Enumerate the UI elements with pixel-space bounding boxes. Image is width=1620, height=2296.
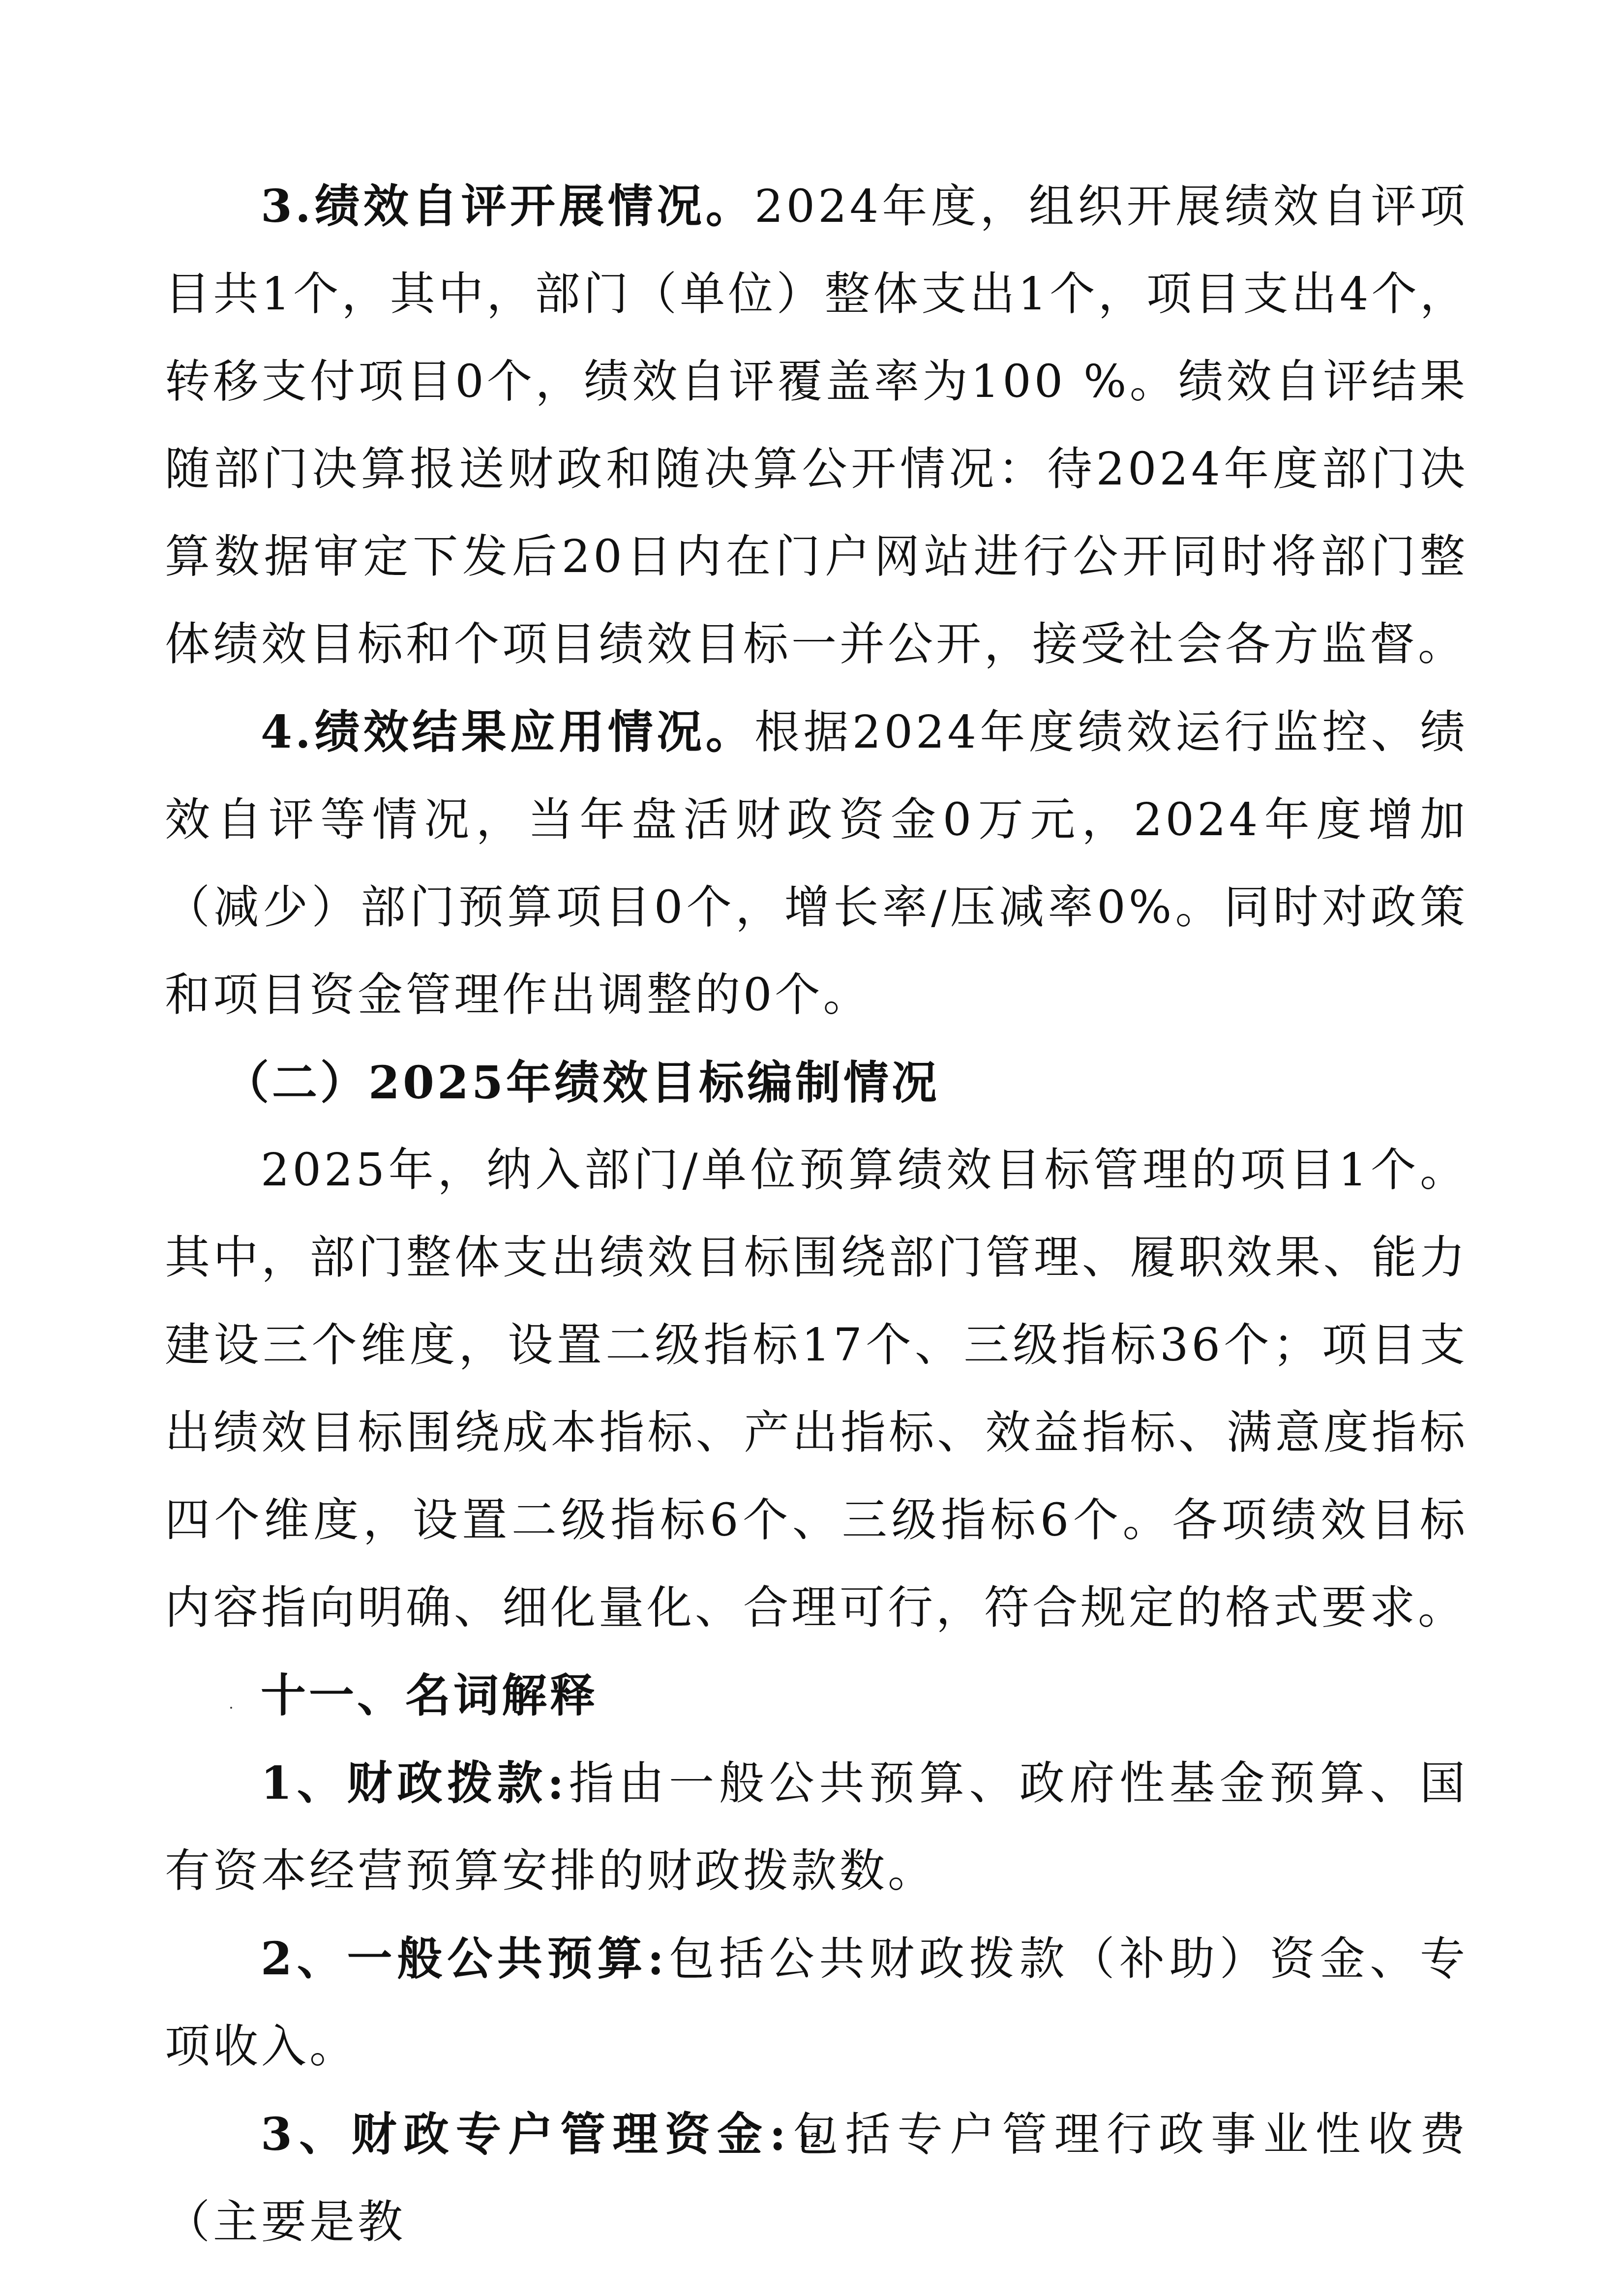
glossary-term: 2、一般公共预算:	[261, 1932, 667, 1985]
paragraph-perf-self-eval: 3.绩效自评开展情况。2024年度，组织开展绩效自评项目共1个，其中，部门（单位…	[165, 162, 1468, 688]
heading-glossary: 十一、名词解释	[165, 1652, 1468, 1739]
glossary-term: 1、财政拨款:	[261, 1756, 567, 1810]
paragraph-lead: 4.绩效结果应用情况。	[261, 705, 754, 758]
paragraph-body: 2024年度，组织开展绩效自评项目共1个，其中，部门（单位）整体支出1个，项目支…	[165, 180, 1468, 670]
glossary-item-special-account-funds: 3、财政专户管理资金:包括专户管理行政事业性收费（主要是教	[165, 2090, 1468, 2266]
scan-speck	[230, 1707, 232, 1709]
glossary-item-fiscal-appropriation: 1、财政拨款:指由一般公共预算、政府性基金预算、国有资本经营预算安排的财政拨款数…	[165, 1739, 1468, 1915]
subheading-2025-targets: （二）2025年绩效目标编制情况	[165, 1039, 1468, 1126]
document-page: 3.绩效自评开展情况。2024年度，组织开展绩效自评项目共1个，其中，部门（单位…	[0, 0, 1620, 2296]
page-content: 3.绩效自评开展情况。2024年度，组织开展绩效自评项目共1个，其中，部门（单位…	[165, 162, 1468, 2266]
paragraph-lead: 3.绩效自评开展情况。	[261, 180, 754, 233]
page-number: 12	[0, 2127, 1620, 2152]
paragraph-perf-result-application: 4.绩效结果应用情况。根据2024年度绩效运行监控、绩效自评等情况，当年盘活财政…	[165, 688, 1468, 1039]
glossary-item-general-public-budget: 2、一般公共预算:包括公共财政拨款（补助）资金、专项收入。	[165, 1915, 1468, 2090]
paragraph-2025-targets: 2025年，纳入部门/单位预算绩效目标管理的项目1个。其中，部门整体支出绩效目标…	[165, 1126, 1468, 1652]
